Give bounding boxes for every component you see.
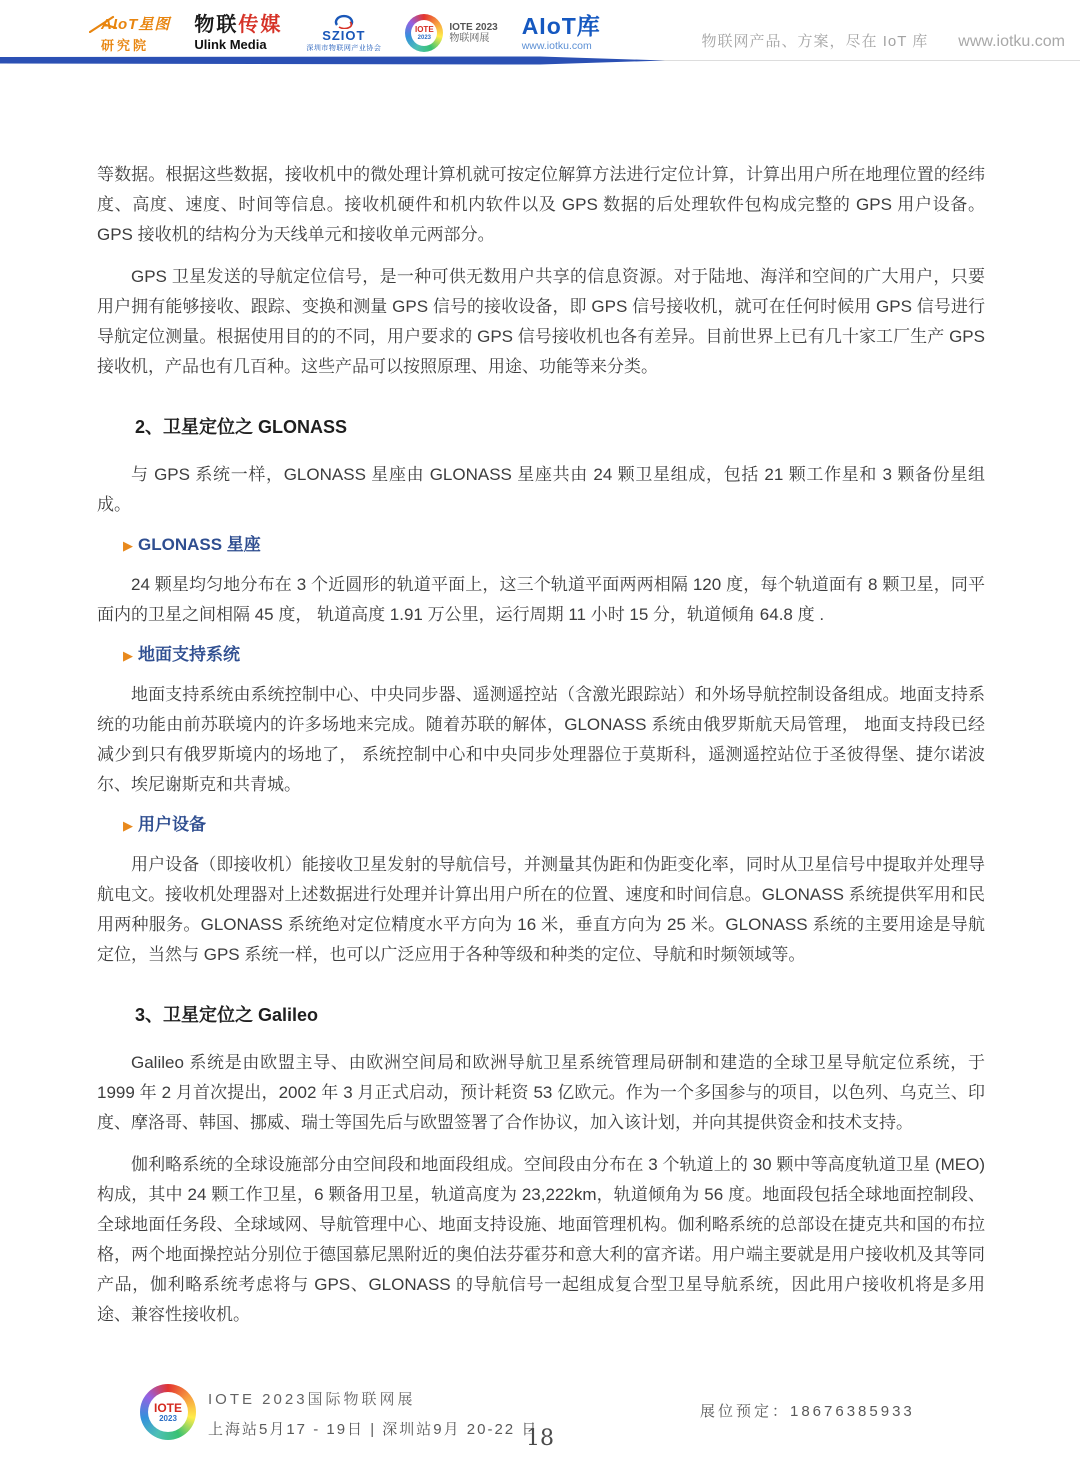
header-logo-row: AIoT星图 研究院 物联传媒 Ulink Media SZIOT 深圳市物联网… — [95, 8, 601, 58]
paragraph: Galileo 系统是由欧盟主导、由欧洲空间局和欧洲导航卫星系统管理局研制和建造… — [97, 1048, 985, 1138]
page-footer: IOTE 2023 IOTE 2023国际物联网展 上海站5月17 - 19日 … — [0, 1378, 1080, 1465]
aiotku-logo: AIoT库 www.iotku.com — [522, 14, 601, 51]
iote-subtitle: 物联网展 — [449, 33, 497, 45]
paragraph: GPS 卫星发送的导航定位信号，是一种可供无数用户共享的信息资源。对于陆地、海洋… — [97, 262, 985, 382]
iote-footer-logo-year: 2023 — [159, 1415, 177, 1423]
sziot-subtitle: 深圳市物联网产业协会 — [306, 45, 381, 53]
subsection-title-glonass-constellation: ▶ GLONASS 星座 — [97, 532, 985, 558]
header-divider-swoosh — [0, 56, 1080, 66]
header-tagline: 物联网产品、方案，尽在 IoT 库 — [702, 30, 929, 51]
aiotku-name: AIoT库 — [522, 14, 601, 38]
subsection-title-user-equipment: ▶ 用户设备 — [97, 812, 985, 838]
arrow-bullet-icon: ▶ — [123, 539, 133, 552]
subsection-title-label: 地面支持系统 — [138, 642, 240, 668]
sziot-swirl-icon — [333, 13, 355, 29]
paragraph: 用户设备（即接收机）能接收卫星发射的导航信号，并测量其伪距和伪距变化率，同时从卫… — [97, 850, 985, 970]
arrow-bullet-icon: ▶ — [123, 649, 133, 662]
iote-name: IOTE 2023 — [449, 22, 497, 34]
arrow-bullet-icon: ▶ — [123, 819, 133, 832]
ulink-media-logo: 物联传媒 Ulink Media — [194, 15, 282, 52]
footer-booth-booking: 展位预定：18676385933 — [700, 1400, 915, 1421]
aiotku-url: www.iotku.com — [522, 41, 601, 52]
header-website: www.iotku.com — [958, 33, 1065, 51]
document-body: 等数据。根据这些数据，接收机中的微处理计算机就可按定位解算方法进行定位计算，计算… — [97, 160, 985, 1342]
page-header: AIoT星图 研究院 物联传媒 Ulink Media SZIOT 深圳市物联网… — [0, 0, 1080, 70]
paragraph: 伽利略系统的全球设施部分由空间段和地面段组成。空间段由分布在 3 个轨道上的 3… — [97, 1150, 985, 1330]
iote-badge-year: 2023 — [418, 35, 431, 41]
paragraph: 地面支持系统由系统控制中心、中央同步器、遥测遥控站（含激光跟踪站）和外场导航控制… — [97, 680, 985, 800]
section-heading-galileo: 3、卫星定位之 Galileo — [97, 1002, 985, 1028]
paragraph: 24 颗星均匀地分布在 3 个近圆形的轨道平面上，这三个轨道平面两两相隔 120… — [97, 570, 985, 630]
paragraph: 等数据。根据这些数据，接收机中的微处理计算机就可按定位解算方法进行定位计算，计算… — [97, 160, 985, 250]
iote-2023-logo: IOTE 2023 IOTE 2023 物联网展 — [405, 14, 497, 52]
section-heading-glonass: 2、卫星定位之 GLONASS — [97, 414, 985, 440]
page-number: 18 — [0, 1426, 1080, 1451]
footer-exhibition-title: IOTE 2023国际物联网展 — [208, 1388, 538, 1409]
ulink-en-label: Ulink Media — [194, 38, 282, 52]
sziot-logo: SZIOT 深圳市物联网产业协会 — [306, 13, 381, 53]
ulink-cn-red: 传媒 — [238, 14, 282, 36]
iote-ring-icon: IOTE 2023 — [405, 14, 443, 52]
ulink-cn-black: 物联 — [194, 14, 238, 36]
iote-badge-text: IOTE — [415, 26, 434, 34]
header-right: 物联网产品、方案，尽在 IoT 库 www.iotku.com — [702, 30, 1065, 51]
paragraph: 与 GPS 系统一样，GLONASS 星座由 GLONASS 星座共由 24 颗… — [97, 460, 985, 520]
subsection-title-label: GLONASS 星座 — [138, 532, 261, 558]
subsection-title-label: 用户设备 — [138, 812, 206, 838]
aiot-xingtu-logo: AIoT星图 研究院 — [95, 13, 170, 54]
iote-footer-logo-text: IOTE — [154, 1402, 182, 1414]
sziot-name: SZIOT — [322, 29, 365, 43]
aiot-xingtu-sublabel: 研究院 — [101, 35, 170, 54]
document-page: AIoT星图 研究院 物联传媒 Ulink Media SZIOT 深圳市物联网… — [0, 0, 1080, 1465]
aiot-swoosh-icon — [89, 15, 119, 33]
subsection-title-ground-support: ▶ 地面支持系统 — [97, 642, 985, 668]
